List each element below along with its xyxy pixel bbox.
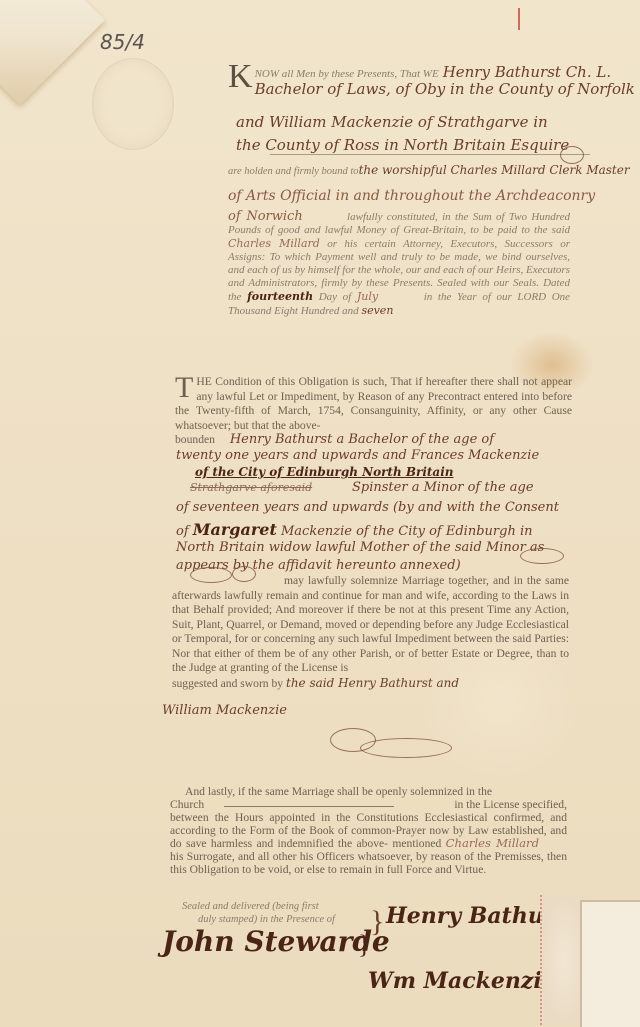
hw-mackenzie-edinburgh: Mackenzie of the City of Edinburgh in [281,524,533,539]
hw-norwich: of Norwich [228,209,303,224]
sealed-line-1: Sealed and delivered (being first [182,900,335,913]
hw-of: of [176,524,189,539]
hw-condition-3: of the City of Edinburgh North Britain [195,465,454,479]
signer-mackenzie: Wm Mackenzie [368,968,556,994]
marriage-section: may lawfully solemnize Marriage together… [172,574,569,691]
hw-month: July [357,290,378,303]
folded-corner [0,0,105,105]
hw-day: fourteenth [247,290,313,303]
red-ink-mark [518,8,520,30]
condition-section: T HE Condition of this Obligation is suc… [175,375,572,448]
flourish-loop [520,548,564,564]
hw-obligee-2: of Arts Official in and throughout the A… [228,188,595,204]
lastly-print-1: And lastly, if the same Marriage shall b… [170,785,567,798]
flourish-loop [560,146,584,164]
hw-paid-to: Charles Millard [228,237,320,250]
print-bounden: bounden [175,433,215,446]
folio-number: 85/4 [100,30,145,54]
print-year-b: Thousand Eight Hundred and [228,305,359,317]
church-line: Church in the License specified, [170,798,567,811]
hw-margaret: Margaret [193,520,277,539]
hw-condition-4: Spinster a Minor of the age [352,480,534,495]
hw-sworn-2: William Mackenzie [162,703,287,718]
hw-condition-3-struck: Strathgarve aforesaid [190,481,312,494]
print-day: Day of [319,291,352,303]
print-above: above- mentioned [356,837,441,850]
hw-year: seven [361,304,393,317]
church-blank [224,798,394,807]
hw-millard: Charles Millard [446,836,539,850]
embossed-seal [92,58,174,150]
sealed-delivered: Sealed and delivered (being first duly s… [182,900,335,926]
condition-print: HE Condition of this Obligation is such,… [175,375,572,432]
print-year-a: in the Year of our LORD One [424,291,570,303]
hw-county-line: the County of Ross in North Britain Esqu… [236,135,569,156]
print-license: in the License specified, [454,798,567,811]
marriage-print: may lawfully solemnize Marriage together… [172,574,569,676]
hw-bachelor-line: Bachelor of Laws, of Oby in the County o… [228,79,638,100]
hw-condition-7: North Britain widow lawful Mother of the… [176,540,544,555]
drop-cap-k: K [228,62,253,92]
bond-section: K NOW all Men by these Presents, That WE… [228,62,638,100]
bound-line: are holden and firmly bound tothe worshi… [228,163,640,180]
hw-condition-6: of Margaret Mackenzie of the City of Edi… [176,520,532,539]
document-page: 85/4 K NOW all Men by these Presents, Th… [0,0,640,1027]
print-sworn: suggested and sworn by [172,677,283,690]
hw-obligee-1: the worshipful Charles Millard Clerk Mas… [359,163,630,177]
print-church: Church [170,798,204,811]
hw-william-line: and William Mackenzie of Strathgarve in [236,112,548,133]
stamp-paper [580,900,640,1027]
hw-sworn-1: the said Henry Bathurst and [286,676,459,690]
drop-cap-t: T [175,375,193,401]
bond-body: of Norwich lawfully constituted, in the … [228,210,570,318]
flourish-loop [360,738,452,758]
print-paid-b: or his certain Attorney, [327,238,443,250]
hw-condition-5: of seventeen years and upwards (by and w… [176,500,559,515]
divider-line [270,154,590,155]
witness-signature: John Stewarde [162,925,390,958]
hw-condition-2: twenty one years and upwards and Frances… [176,448,539,463]
lastly-print-after: his Surrogate, and all other his Officer… [170,850,567,876]
brace: } [358,930,370,960]
bound-print: are holden and firmly bound to [228,166,359,177]
lastly-section: And lastly, if the same Marriage shall b… [170,785,567,876]
hw-condition-1: Henry Bathurst a Bachelor of the age of [230,432,494,447]
print-paid-a: paid to the said [498,224,570,236]
